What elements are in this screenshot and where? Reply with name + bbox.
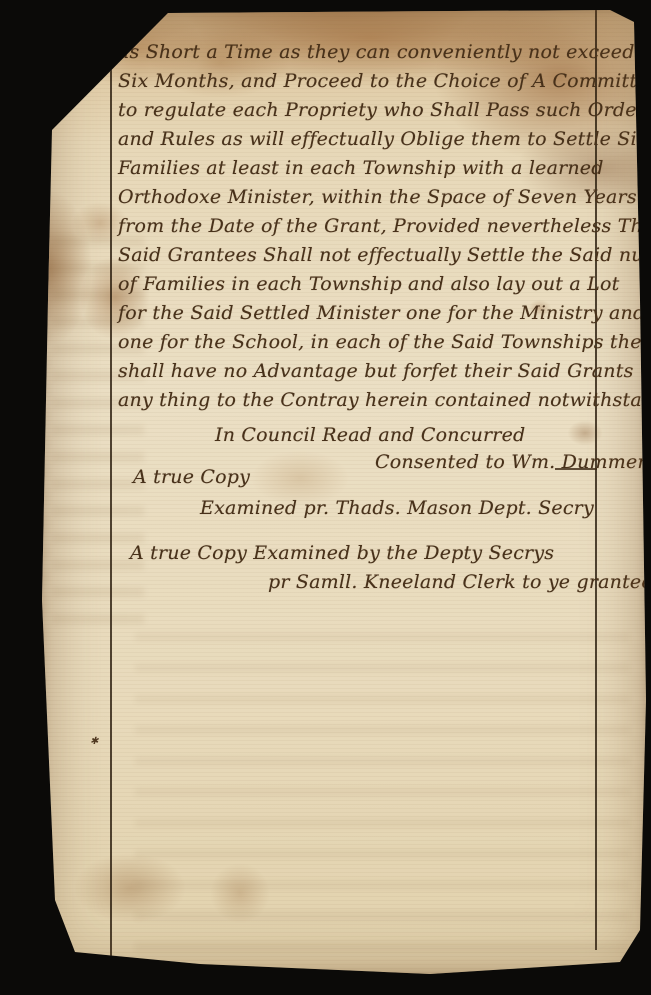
scanned-photograph-background: = ✱ as Short a Time as they can convenie… <box>0 0 651 995</box>
manuscript-page: = ✱ as Short a Time as they can convenie… <box>40 8 648 976</box>
edge-vignette <box>40 8 648 976</box>
margin-equals-mark: = <box>78 72 92 93</box>
